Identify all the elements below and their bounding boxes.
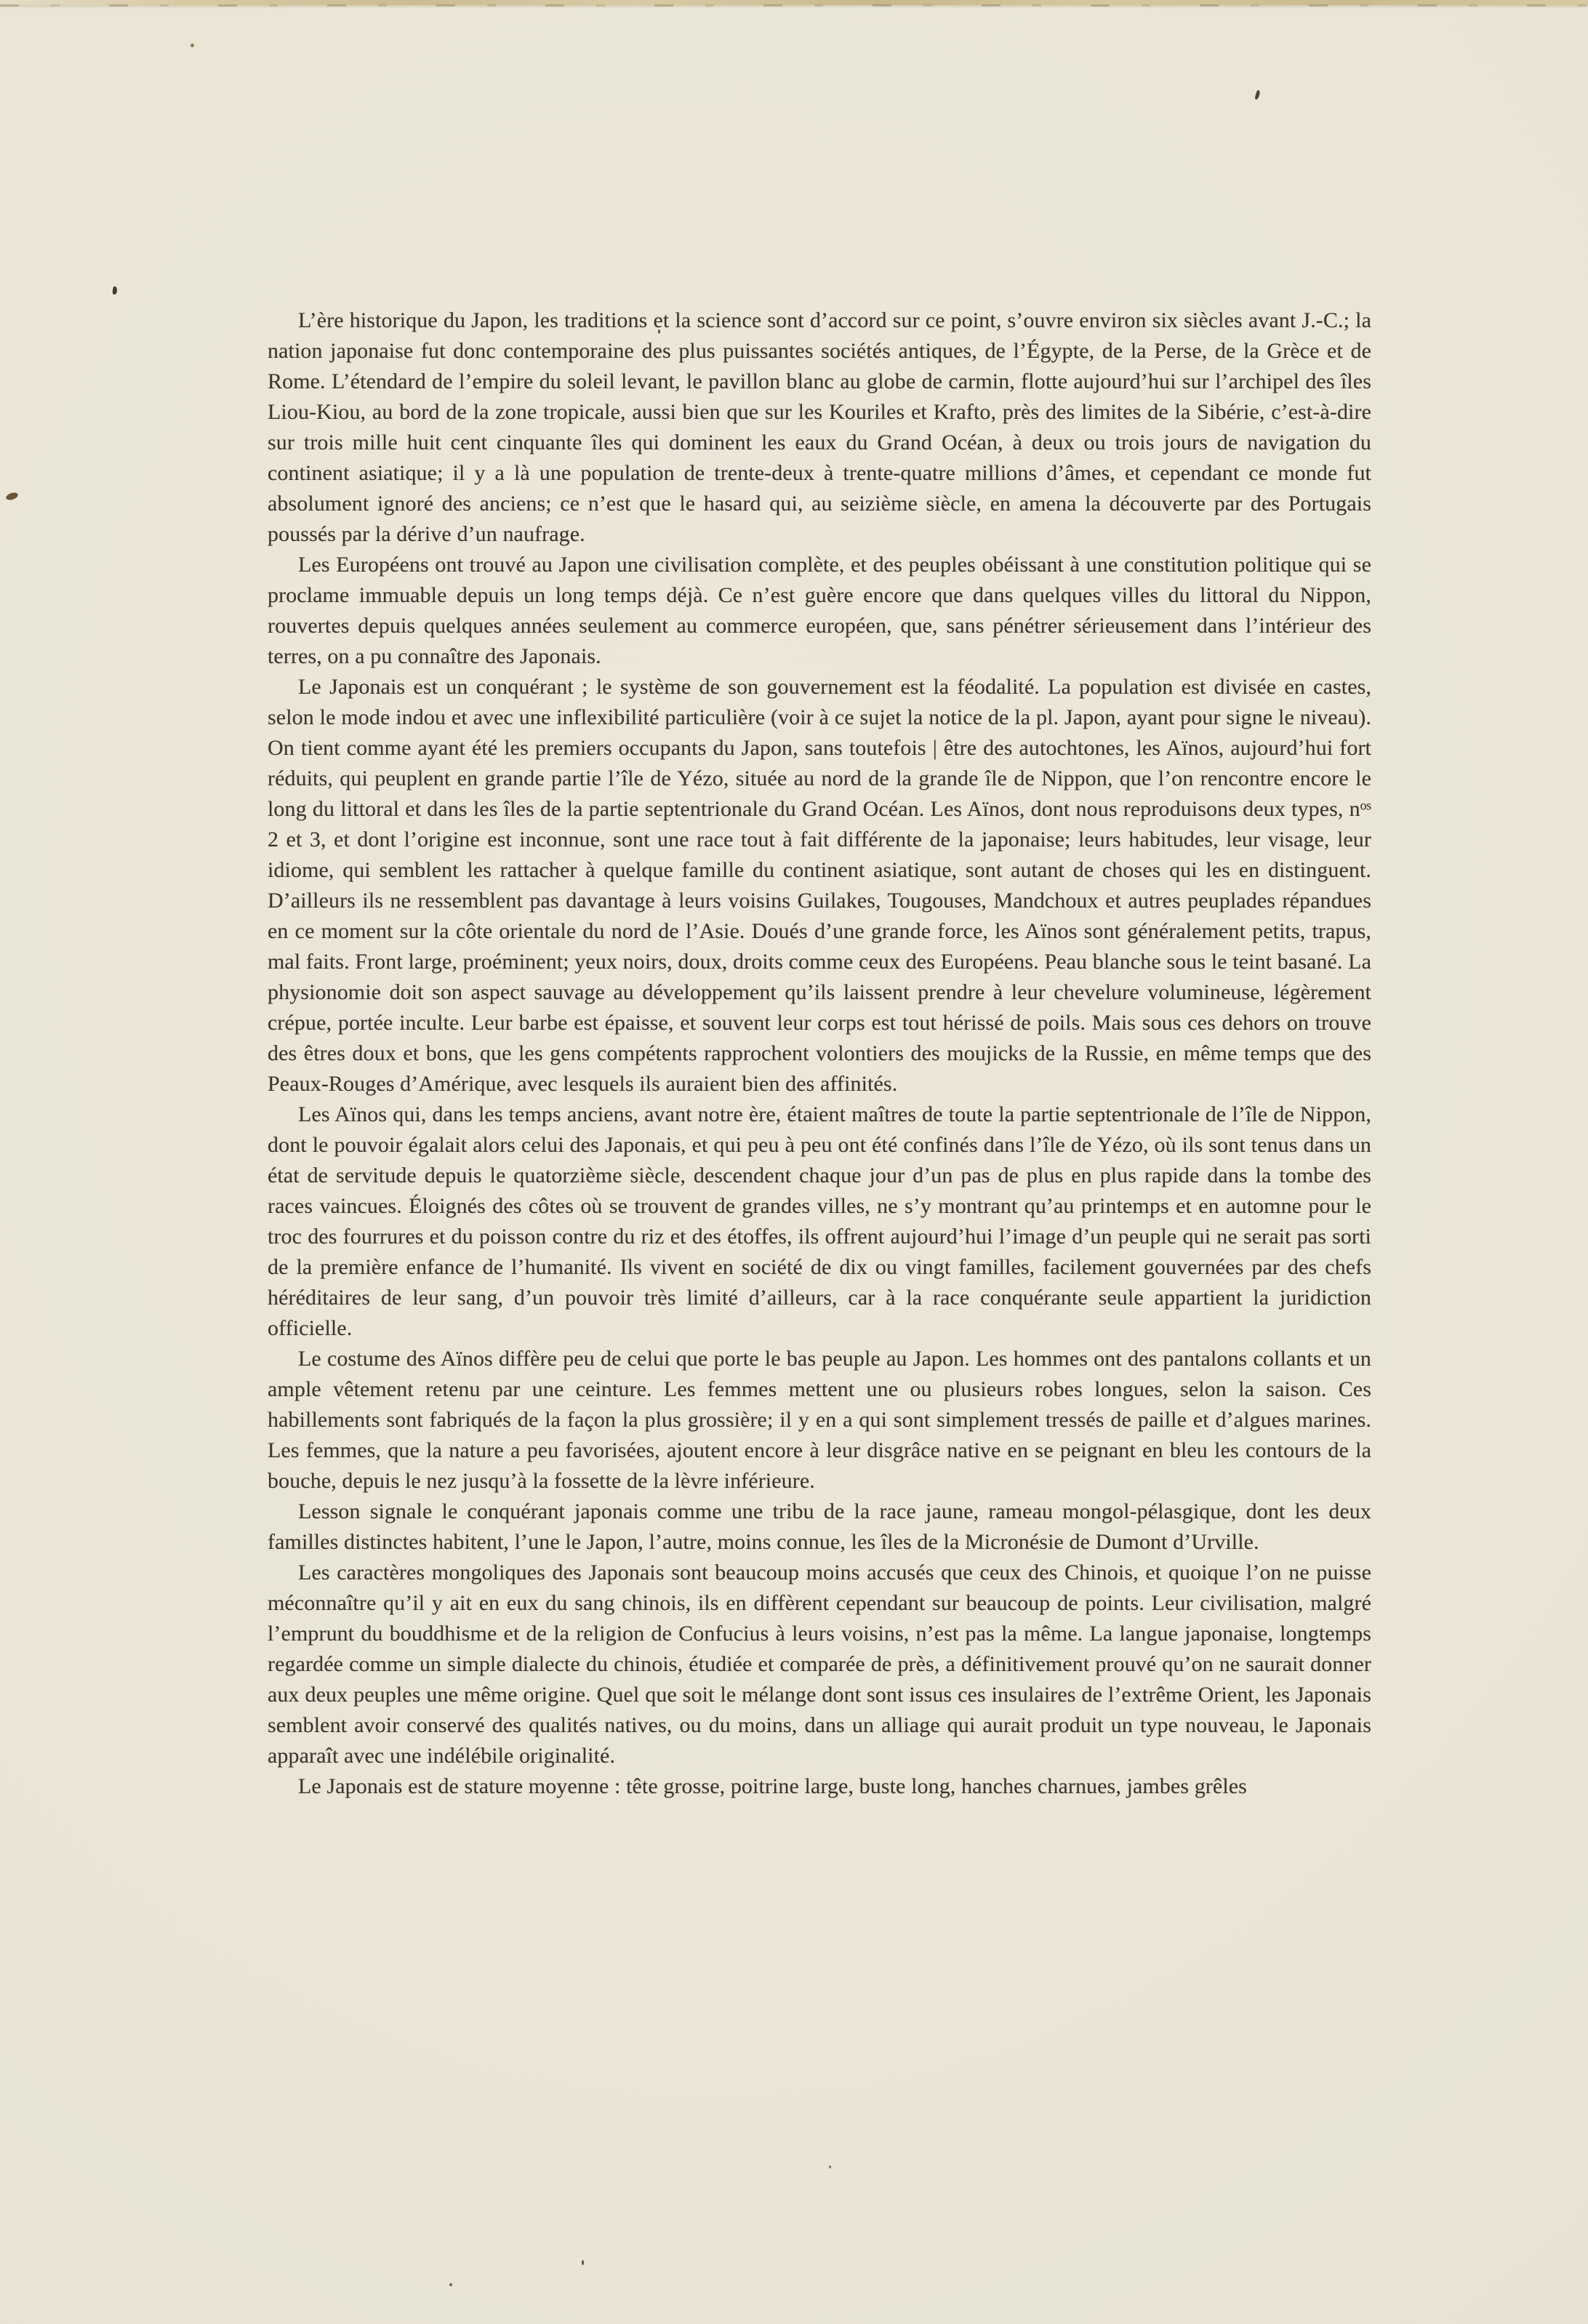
body-text: L’ère historique du Japon, les tradition… (268, 305, 1371, 1802)
page-top-edge-artifact (0, 0, 1588, 5)
paragraph-ainos-history: Les Aïnos qui, dans les temps anciens, a… (268, 1099, 1371, 1344)
paragraph-japanese-stature: Le Japonais est de stature moyenne : têt… (268, 1771, 1371, 1802)
paragraph-ainos-description: Le Japonais est un conquérant ; le systè… (268, 672, 1371, 1099)
paper-speck (582, 2260, 584, 2265)
paragraph-europeans-japan: Les Européens ont trouvé au Japon une ci… (268, 550, 1371, 672)
paper-speck (449, 2283, 452, 2286)
paragraph-lesson-theory: Lesson signale le conquérant japonais co… (268, 1496, 1371, 1558)
paper-speck (829, 2165, 831, 2168)
paper-speck (112, 287, 118, 295)
paper-speck (191, 44, 194, 47)
paper-speck (1254, 90, 1260, 100)
paragraph-historical-era: L’ère historique du Japon, les tradition… (268, 305, 1371, 550)
paragraph-ainos-costume: Le costume des Aïnos diffère peu de celu… (268, 1344, 1371, 1496)
scanned-book-page: L’ère historique du Japon, les tradition… (0, 0, 1588, 2324)
paragraph-mongol-characters: Les caractères mongoliques des Japonais … (268, 1558, 1371, 1771)
paper-speck (5, 492, 19, 502)
